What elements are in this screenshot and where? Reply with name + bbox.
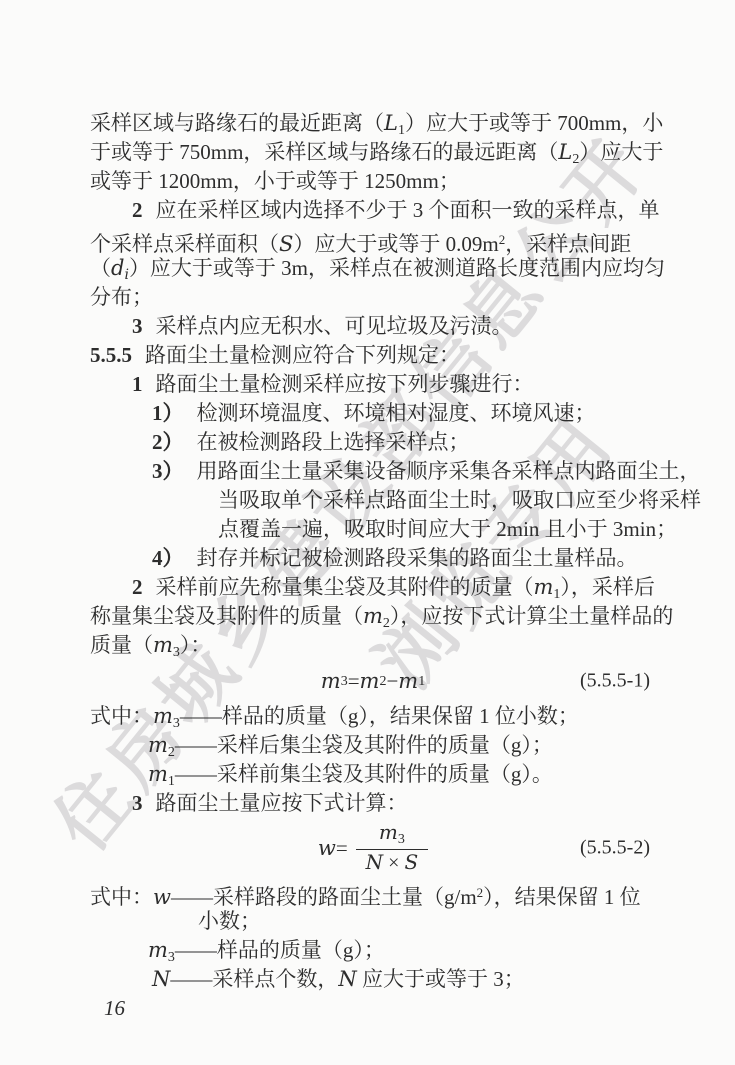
- text-run: 点覆盖一遍，吸取时间应大于 2min 且小于 3min；: [218, 517, 677, 541]
- math-variable: m: [148, 938, 168, 962]
- text-run: ——样品的质量（g）；: [175, 938, 385, 962]
- math-variable: m: [153, 633, 173, 657]
- text-run: ——采样路段的路面尘土量（g/m: [171, 885, 477, 909]
- math-variable: L: [384, 111, 398, 135]
- text-run: ）：: [180, 633, 212, 657]
- text-run: 应在采样区域内选择不少于 3 个面积一致的采样点，单: [156, 198, 660, 222]
- text-run: ）应大于或等于 3m，采样点在被测道路长度范围内应均匀: [129, 256, 665, 280]
- equation-number: (5.5.5-2): [580, 834, 650, 863]
- text-run: −: [386, 667, 398, 696]
- text-run: 3: [341, 667, 348, 696]
- text-line: 3采样点内应无积水、可见垃圾及污渍。: [90, 312, 656, 341]
- text-line: 称量集尘袋及其附件的质量（m2），应按下式计算尘土量样品的: [90, 602, 656, 631]
- text-line: 1路面尘土量检测采样应按下列步骤进行：: [90, 370, 656, 399]
- text-line: 式中：m3——样品的质量（g），结果保留 1 位小数；: [90, 702, 656, 731]
- text-line: 1）检测环境温度、环境相对湿度、环境风速；: [90, 399, 656, 428]
- text-run: 或等于 1200mm，小于或等于 1250mm；: [90, 169, 460, 193]
- text-line: 于或等于 750mm，采样区域与路缘石的最远距离（L2）应大于: [90, 138, 656, 167]
- text-run: 3: [173, 716, 180, 731]
- text-line: 小数；: [90, 907, 656, 936]
- text-run: 分布；: [90, 285, 153, 309]
- text-line: 当吸取单个采样点路面尘土时，吸取口应至少将采样: [90, 486, 656, 515]
- text-line: 采样区域与路缘石的最近距离（L1）应大于或等于 700mm，小: [90, 109, 656, 138]
- text-run: 3）: [152, 459, 184, 483]
- text-run: 采样前应先称量集尘袋及其附件的质量（: [156, 575, 534, 599]
- text-run: 2: [383, 616, 390, 631]
- text-run: 4）: [152, 546, 184, 570]
- page-number: 16: [104, 996, 125, 1021]
- math-variable: m: [534, 575, 554, 599]
- text-run: 式中：: [90, 885, 153, 909]
- text-line: 个采样点采样面积（S）应大于或等于 0.09m2，采样点间距: [90, 225, 656, 254]
- text-run: 3: [398, 832, 405, 847]
- text-run: 个采样点采样面积（: [90, 232, 279, 256]
- text-run: 3: [132, 791, 143, 815]
- text-line: 4）封存并标记被检测路段采集的路面尘土量样品。: [90, 544, 656, 573]
- text-run: 称量集尘袋及其附件的质量（: [90, 604, 363, 628]
- text-line: 3）用路面尘土量采集设备顺序采集各采样点内路面尘土，: [90, 457, 656, 486]
- equation-content: m3 = m2 − m1: [321, 667, 425, 696]
- text-run: 应大于或等于 3；: [357, 967, 525, 991]
- math-variable: S: [279, 232, 293, 256]
- text-run: 采样点内应无积水、可见垃圾及污渍。: [156, 314, 513, 338]
- text-run: 1: [418, 667, 425, 696]
- text-run: 路面尘土量检测应符合下列规定：: [145, 343, 460, 367]
- equation-number: (5.5.5-1): [580, 667, 650, 696]
- math-variable: w: [318, 834, 336, 863]
- text-line: 3路面尘土量应按下式计算：: [90, 789, 656, 818]
- text-run: 封存并标记被检测路段采集的路面尘土量样品。: [197, 546, 638, 570]
- math-variable: m: [379, 820, 398, 844]
- math-variable: L: [558, 140, 572, 164]
- text-line: m3——样品的质量（g）；: [90, 936, 656, 965]
- text-run: 2: [132, 575, 143, 599]
- text-run: 当吸取单个采样点路面尘土时，吸取口应至少将采样: [218, 488, 701, 512]
- text-run: 采样区域与路缘石的最近距离（: [90, 111, 384, 135]
- text-line: （di）应大于或等于 3m，采样点在被测道路长度范围内应均匀: [90, 254, 656, 283]
- text-run: 3: [173, 645, 180, 660]
- text-run: 1: [168, 774, 175, 789]
- math-variable: N: [338, 967, 356, 991]
- text-line: 式中：w——采样路段的路面尘土量（g/m2），结果保留 1 位: [90, 878, 656, 907]
- text-run: ——采样后集尘袋及其附件的质量（g）；: [175, 733, 553, 757]
- equation: w = m3N × S(5.5.5-2): [90, 818, 656, 878]
- text-run: ），应按下式计算尘土量样品的: [390, 604, 674, 628]
- fraction: m3N × S: [356, 821, 428, 875]
- text-line: 2）在被检测路段上选择采样点；: [90, 428, 656, 457]
- text-run: =: [336, 834, 348, 863]
- text-line: m1——采样前集尘袋及其附件的质量（g）。: [90, 760, 656, 789]
- text-run: 2）: [152, 430, 184, 454]
- text-run: 2: [168, 745, 175, 760]
- text-run: 1）: [152, 401, 184, 425]
- math-variable: w: [153, 885, 171, 909]
- math-variable: m: [321, 667, 341, 696]
- text-run: ）应大于: [579, 140, 663, 164]
- text-run: 小数；: [198, 909, 261, 933]
- math-variable: N: [152, 967, 170, 991]
- text-run: ）应大于或等于 700mm，小: [405, 111, 663, 135]
- equation-content: w = m3N × S: [318, 821, 428, 875]
- text-line: 点覆盖一遍，吸取时间应大于 2min 且小于 3min；: [90, 515, 656, 544]
- text-run: ）应大于或等于 0.09m: [293, 232, 498, 256]
- text-run: 1: [132, 372, 143, 396]
- text-run: 3: [132, 314, 143, 338]
- text-line: 分布；: [90, 283, 656, 312]
- text-run: 1: [398, 123, 405, 138]
- math-variable: m: [363, 604, 383, 628]
- math-variable: S: [404, 850, 418, 874]
- text-run: 在被检测路段上选择采样点；: [197, 430, 470, 454]
- document-page: 住房城乡建设部信息公开 浏览专用 采样区域与路缘石的最近距离（L1）应大于或等于…: [0, 0, 735, 1065]
- text-line: N——采样点个数，N 应大于或等于 3；: [90, 965, 656, 994]
- text-run: ，采样点间距: [505, 232, 631, 256]
- text-run: 2: [379, 667, 386, 696]
- text-run: 2: [132, 198, 143, 222]
- math-variable: m: [148, 762, 168, 786]
- math-variable: m: [153, 704, 173, 728]
- text-run: 检测环境温度、环境相对湿度、环境风速；: [197, 401, 596, 425]
- text-run: ——样品的质量（g），结果保留 1 位小数；: [180, 704, 579, 728]
- text-run: 用路面尘土量采集设备顺序采集各采样点内路面尘土，: [197, 459, 701, 483]
- text-run: 于或等于 750mm，采样区域与路缘石的最远距离（: [90, 140, 558, 164]
- math-variable: m: [360, 667, 380, 696]
- text-run: 路面尘土量应按下式计算：: [156, 791, 408, 815]
- text-run: 3: [168, 950, 175, 965]
- text-run: 路面尘土量检测采样应按下列步骤进行：: [156, 372, 534, 396]
- text-run: 质量（: [90, 633, 153, 657]
- text-line: 5.5.5路面尘土量检测应符合下列规定：: [90, 341, 656, 370]
- text-run: 式中：: [90, 704, 153, 728]
- fraction-denominator: N × S: [356, 849, 428, 875]
- text-run: ——采样前集尘袋及其附件的质量（g）。: [175, 762, 553, 786]
- text-run: ），结果保留 1 位: [483, 885, 641, 909]
- text-line: 质量（m3）：: [90, 631, 656, 660]
- text-line: m2——采样后集尘袋及其附件的质量（g）；: [90, 731, 656, 760]
- equation: m3 = m2 − m1(5.5.5-1): [90, 660, 656, 702]
- math-variable: N: [366, 850, 384, 874]
- document-body: 采样区域与路缘石的最近距离（L1）应大于或等于 700mm，小于或等于 750m…: [90, 109, 656, 994]
- text-run: ×: [383, 852, 404, 874]
- fraction-numerator: m3: [356, 821, 428, 849]
- text-line: 或等于 1200mm，小于或等于 1250mm；: [90, 167, 656, 196]
- math-variable: m: [398, 667, 418, 696]
- math-variable: d: [111, 256, 124, 280]
- text-run: ——采样点个数，: [170, 967, 338, 991]
- text-run: 5.5.5: [90, 343, 132, 367]
- text-line: 2采样前应先称量集尘袋及其附件的质量（m1），采样后: [90, 573, 656, 602]
- text-run: ），采样后: [560, 575, 655, 599]
- text-run: =: [348, 667, 360, 696]
- math-variable: m: [148, 733, 168, 757]
- text-run: （: [90, 256, 111, 280]
- text-line: 2应在采样区域内选择不少于 3 个面积一致的采样点，单: [90, 196, 656, 225]
